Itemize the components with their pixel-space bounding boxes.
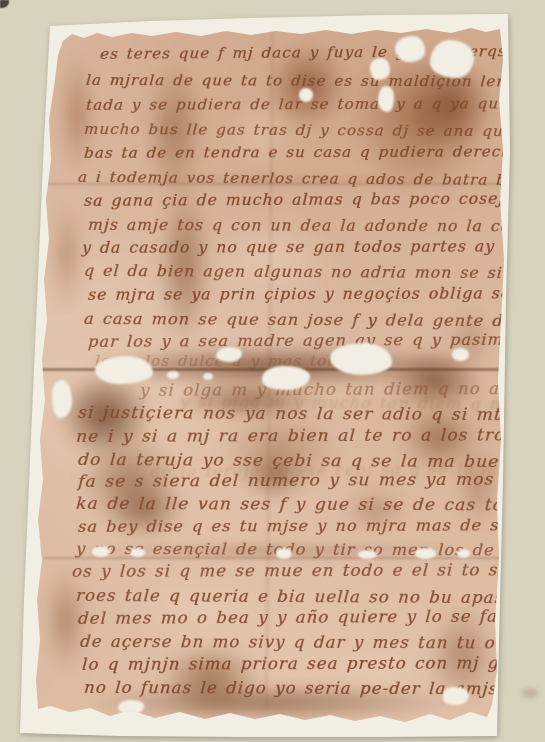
text-line: sa gana çia de mucho almas q bas poco co… [83, 190, 524, 210]
text-line: ka de la lle van ses f y gue si se de ca… [75, 494, 545, 516]
text-line: y no se esençial de todo y tir so men lo… [75, 539, 543, 560]
text-line: y da casado y no que se gan todos partes… [81, 237, 545, 257]
text-line: fa se s siera del numero y su mes ya mos… [77, 469, 545, 492]
text-line: ne i y si a mj ra era bien al te ro a lo… [75, 425, 545, 447]
tear-hole [167, 371, 179, 379]
text-line: q el da bien agen algunas no adria mon s… [83, 262, 545, 282]
text-line: los y los dulce a y mas tolla [94, 352, 349, 370]
text-line: mucho bus lle gas tras dj y cossa dj se … [83, 120, 525, 140]
text-line: os y los si q me se mue en todo e el si … [71, 560, 521, 581]
text-line: a i todemja vos tenerlos crea q ados de … [77, 168, 523, 189]
text-line: la mjrala de que ta to dise es su maldiç… [85, 71, 507, 90]
text-line: se mjra se ya prin çipios y negoçios obl… [87, 284, 540, 304]
text-line: tada y se pudiera de lar se tomar y a q … [85, 94, 531, 114]
manuscript-paper: es teres que f mj daca y fuya le gra se … [0, 0, 545, 742]
text-line: del mes mo o bea y y año quiere y lo se … [77, 606, 545, 628]
mounted-sheet: es teres que f mj daca y fuya le gra se … [0, 0, 545, 742]
text-line: lo q mjnjn sima priora sea presto con mj… [81, 653, 545, 674]
text-line: mjs amje tos q con un dea la adonde no l… [87, 216, 539, 236]
text-line: par los y a sea madre agen ay se q y pas… [87, 330, 526, 351]
tear-hole [452, 348, 469, 361]
text-line: si justiçiera nos ya nos la ser adio q s… [77, 403, 545, 425]
tear-hole [52, 380, 72, 418]
text-line: de açerse bn mo sivy q dar y mes tan tu … [79, 632, 545, 653]
text-line: roes tale q queria e bia uella so no bu … [75, 586, 545, 607]
manuscript-photo: es teres que f mj daca y fuya le gra se … [0, 0, 545, 742]
text-line: bas ta de en tendra e su casa q pudiera … [83, 142, 522, 162]
text-line: a casa mon se que san jose f y dela gent… [83, 309, 524, 330]
text-line: sa bey dise q es tu mjse y no mjra mas d… [77, 515, 545, 536]
tear-hole [203, 373, 213, 380]
text-line: es teres que f mj daca y fuya le gra se … [99, 42, 507, 63]
text-line: no lo funas le digo yo seria pe-der la a… [83, 678, 545, 699]
